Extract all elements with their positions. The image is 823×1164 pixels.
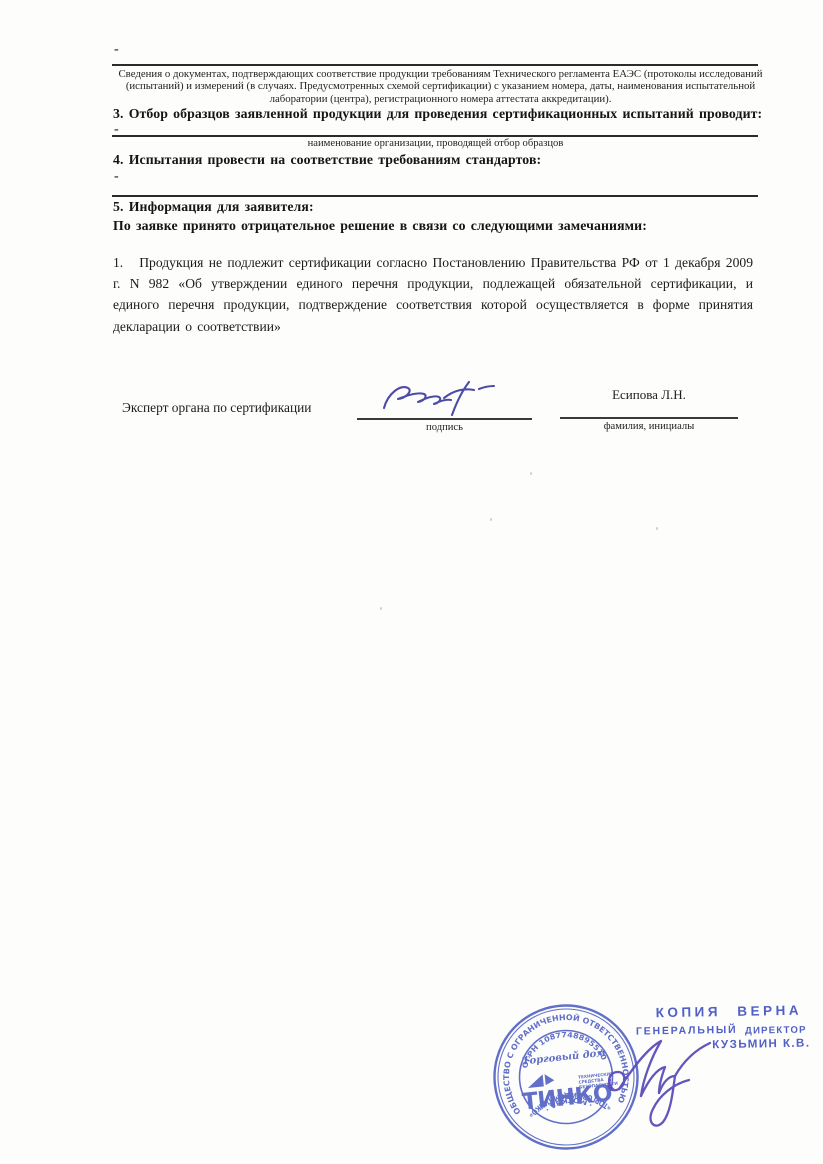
- divider-rule: [112, 195, 758, 197]
- documents-note: Сведения о документах, подтверждающих со…: [118, 68, 763, 105]
- director-signature: [598, 1032, 748, 1132]
- remark-item-1: 1. Продукция не подлежит сертификации со…: [113, 252, 753, 337]
- expert-role-label: Эксперт органа по сертификации: [122, 400, 311, 416]
- section4-heading: 4. Испытания провести на соответствие тр…: [113, 152, 541, 168]
- document-page: - Сведения о документах, подтверждающих …: [0, 0, 823, 1164]
- name-caption: фамилия, инициалы: [560, 421, 738, 432]
- director-label: ДИРЕКТОР: [745, 1025, 807, 1037]
- sample-org-caption: наименование организации, проводящей отб…: [113, 138, 758, 149]
- divider-rule: [112, 64, 758, 66]
- scan-speck: [490, 518, 492, 521]
- scan-speck: [530, 472, 532, 475]
- section4-value-dash: -: [114, 169, 119, 185]
- signature-caption: подпись: [357, 422, 532, 433]
- expert-signature: [376, 377, 516, 423]
- stamp-logo-flag2-icon: [545, 1073, 555, 1085]
- scan-speck: [380, 607, 382, 610]
- signature-line: [357, 418, 532, 420]
- scan-speck: [656, 527, 658, 530]
- section3-heading: 3. Отбор образцов заявленной продукции д…: [113, 106, 762, 122]
- field-value-dash-top: -: [114, 42, 119, 58]
- expert-name: Есипова Л.Н.: [560, 387, 738, 403]
- divider-rule: [112, 135, 758, 137]
- stamp-logo-flag-icon: [527, 1074, 544, 1088]
- copy-verified-line: КОПИЯ ВЕРНА: [656, 1003, 803, 1021]
- section5-heading: 5. Информация для заявителя:: [113, 199, 314, 215]
- name-line: [560, 417, 738, 419]
- decision-statement: По заявке принято отрицательное решение …: [113, 218, 647, 234]
